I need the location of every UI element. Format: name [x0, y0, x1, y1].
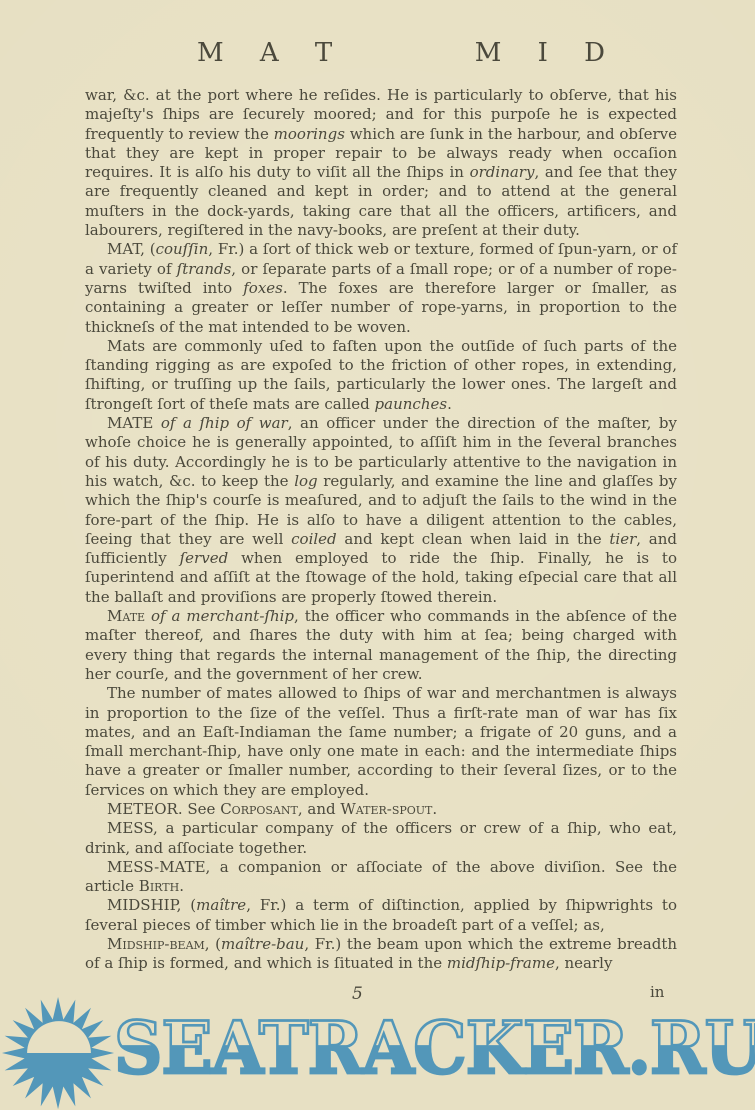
watermark-text: SEATRACKER.RU SEATRACKER.RU	[114, 1011, 754, 1087]
book-page: M A T M I D war, &c. at the port where h…	[0, 0, 755, 1110]
watermark-text-fill: SEATRACKER.RU	[114, 1007, 754, 1089]
paragraph: MESS-MATE, a companion or aſſociate of t…	[85, 858, 677, 897]
paragraph: MIDSHIP, (maître, Fr.) a term of diſtinc…	[85, 896, 677, 935]
paragraph: The number of mates allowed to ſhips of …	[85, 684, 677, 800]
paragraph: METEOR. See Corposant, and Water-spout.	[85, 800, 677, 819]
watermark: SEATRACKER.RU SEATRACKER.RU	[0, 995, 755, 1110]
running-head: M A T M I D	[85, 38, 677, 68]
watermark-text-outline: SEATRACKER.RU	[114, 1007, 754, 1089]
catchword: in	[650, 983, 664, 1001]
body-text: war, &c. at the port where he reſides. H…	[85, 86, 677, 974]
paragraph: MATE of a ſhip of war, an officer under …	[85, 414, 677, 607]
paragraph: war, &c. at the port where he reſides. H…	[85, 86, 677, 240]
sun-over-sea-icon	[1, 996, 117, 1110]
paragraph: MAT, (couſſin, Fr.) a ſort of thick web …	[85, 240, 677, 336]
running-head-left: M A T	[197, 38, 346, 68]
paragraph: MESS, a particular company of the office…	[85, 819, 677, 858]
paragraph: Mats are commonly uſed to faſten upon th…	[85, 337, 677, 414]
page-number: 5	[352, 984, 363, 1004]
paragraph: Midship-beam, (maître-bau, Fr.) the beam…	[85, 935, 677, 974]
paragraph: Mate of a merchant-ſhip, the officer who…	[85, 607, 677, 684]
running-head-right: M I D	[475, 38, 619, 68]
